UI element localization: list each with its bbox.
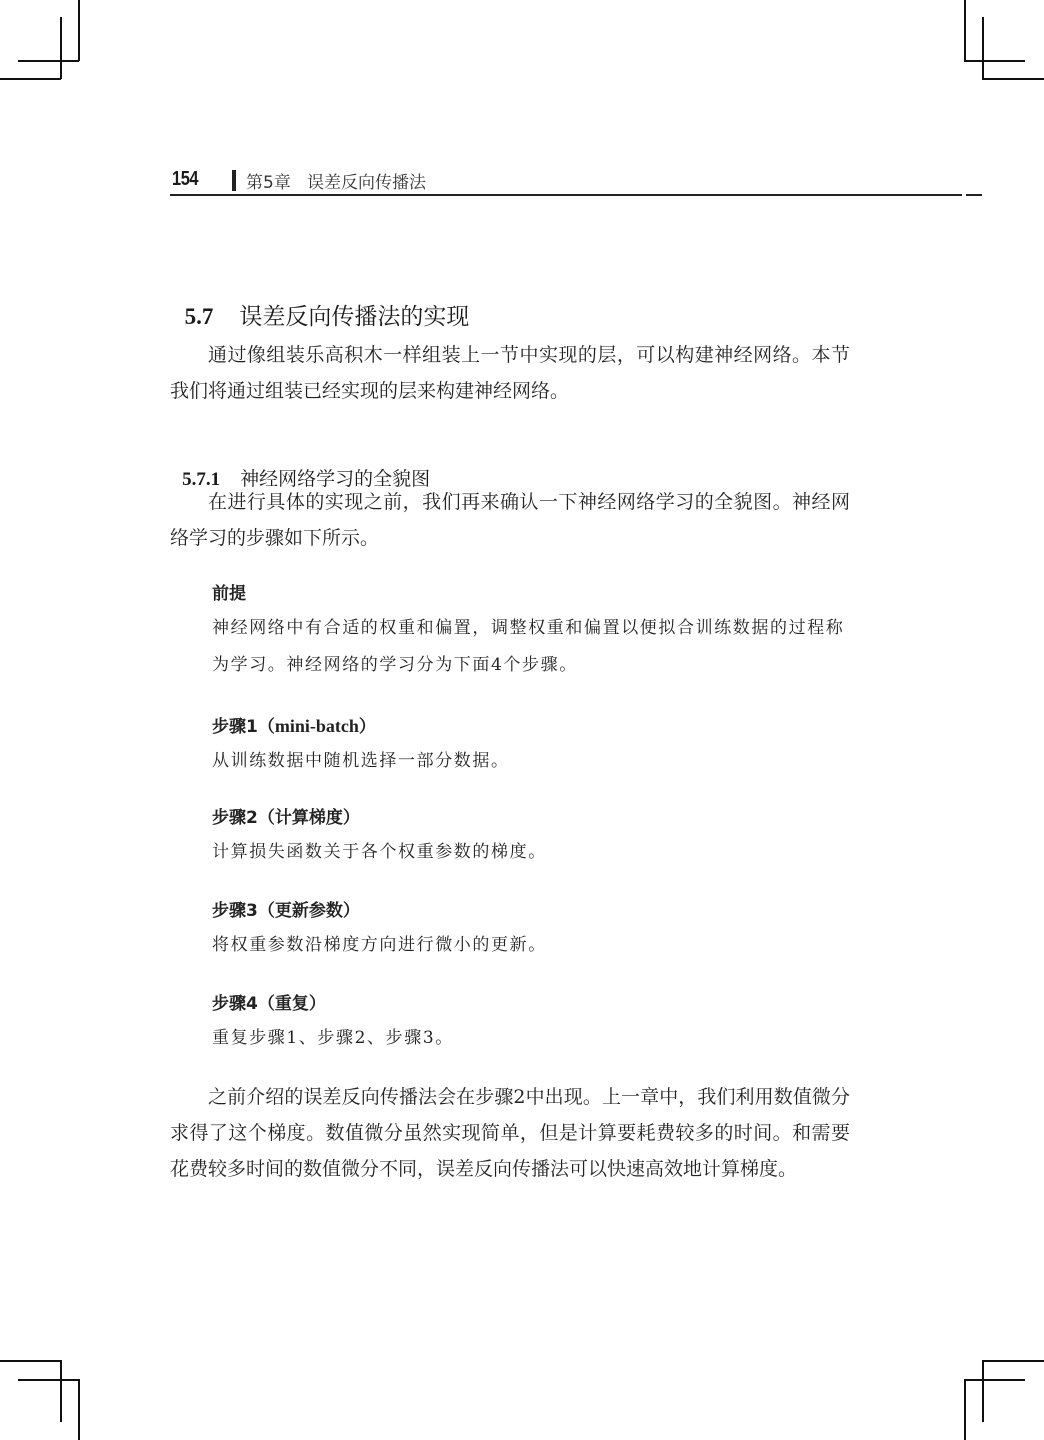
premise-label: 前提: [212, 582, 852, 606]
crop-mark-bottom-left-v-inner: [78, 1379, 80, 1440]
crop-mark-bottom-right-v-inner: [964, 1379, 966, 1440]
step-text: 重复步骤1、步骤2、步骤3。: [212, 1020, 852, 1057]
step-label: 步骤2（计算梯度）: [212, 806, 852, 830]
step-label-suffix: ）: [343, 808, 360, 828]
premise-block: 前提 神经网络中有合适的权重和偏置，调整权重和偏置以便拟合训练数据的过程称为学习…: [212, 582, 852, 684]
section-heading: 5.7误差反向传播法的实现: [170, 272, 469, 331]
crop-mark-top-left-h-outer: [18, 60, 79, 62]
section-title: 误差反向传播法的实现: [239, 304, 469, 330]
step-text: 从训练数据中随机选择一部分数据。: [212, 743, 852, 780]
step-label: 步骤1（mini-batch）: [212, 714, 852, 739]
step-label: 步骤4（重复）: [212, 992, 852, 1016]
step-label: 步骤3（更新参数）: [212, 899, 852, 923]
crop-mark-top-right-v-inner: [982, 17, 984, 79]
crop-mark-top-right-h-outer: [964, 60, 1025, 62]
chapter-title: 第5章 误差反向传播法: [246, 168, 426, 193]
step-label-term: 计算梯度: [275, 808, 343, 828]
step-block-3: 步骤3（更新参数） 将权重参数沿梯度方向进行微小的更新。: [212, 899, 852, 964]
crop-mark-bottom-left-h-outer: [0, 1360, 61, 1362]
crop-mark-bottom-left-v-outer: [60, 1360, 62, 1422]
step-label-prefix: 步骤2（: [212, 808, 275, 828]
step-text: 计算损失函数关于各个权重参数的梯度。: [212, 834, 852, 871]
section-number: 5.7: [185, 304, 214, 329]
step-label-term: mini-batch: [275, 716, 359, 736]
crop-mark-bottom-left-h-inner: [18, 1379, 79, 1381]
crop-mark-top-left-v-inner: [60, 17, 62, 79]
step-label-term: 重复: [275, 994, 309, 1014]
crop-mark-bottom-right-h-outer: [982, 1360, 1044, 1362]
crop-mark-bottom-right-h-inner: [964, 1379, 1025, 1381]
page-number: 154: [172, 168, 198, 191]
header-rule: [170, 194, 962, 196]
crop-mark-bottom-right-v-outer: [982, 1360, 984, 1422]
premise-text: 神经网络中有合适的权重和偏置，调整权重和偏置以便拟合训练数据的过程称为学习。神经…: [212, 610, 852, 684]
intro-paragraph: 通过像组装乐高积木一样组装上一节中实现的层，可以构建神经网络。本节我们将通过组装…: [170, 337, 850, 409]
crop-mark-top-left-v-outer: [78, 0, 80, 61]
step-label-prefix: 步骤1（: [212, 717, 275, 737]
step-label-suffix: ）: [359, 717, 376, 737]
closing-paragraph: 之前介绍的误差反向传播法会在步骤2中出现。上一章中，我们利用数值微分求得了这个梯…: [170, 1079, 850, 1187]
running-header: 154 第5章 误差反向传播法: [170, 166, 982, 196]
step-label-prefix: 步骤3（: [212, 901, 275, 921]
crop-mark-top-left-h-inner: [0, 78, 61, 80]
crop-mark-top-right-v-outer: [964, 0, 966, 61]
step-text: 将权重参数沿梯度方向进行微小的更新。: [212, 927, 852, 964]
step-block-1: 步骤1（mini-batch） 从训练数据中随机选择一部分数据。: [212, 714, 852, 780]
step-label-suffix: ）: [343, 901, 360, 921]
step-label-term: 更新参数: [275, 901, 343, 921]
step-label-suffix: ）: [309, 994, 326, 1014]
step-label-prefix: 步骤4（: [212, 994, 275, 1014]
subsection-paragraph: 在进行具体的实现之前，我们再来确认一下神经网络学习的全貌图。神经网络学习的步骤如…: [170, 484, 850, 556]
header-divider-bar: [232, 170, 236, 191]
header-rule-tail: [966, 194, 982, 196]
step-block-4: 步骤4（重复） 重复步骤1、步骤2、步骤3。: [212, 992, 852, 1057]
crop-mark-top-right-h-inner: [982, 78, 1044, 80]
step-block-2: 步骤2（计算梯度） 计算损失函数关于各个权重参数的梯度。: [212, 806, 852, 871]
